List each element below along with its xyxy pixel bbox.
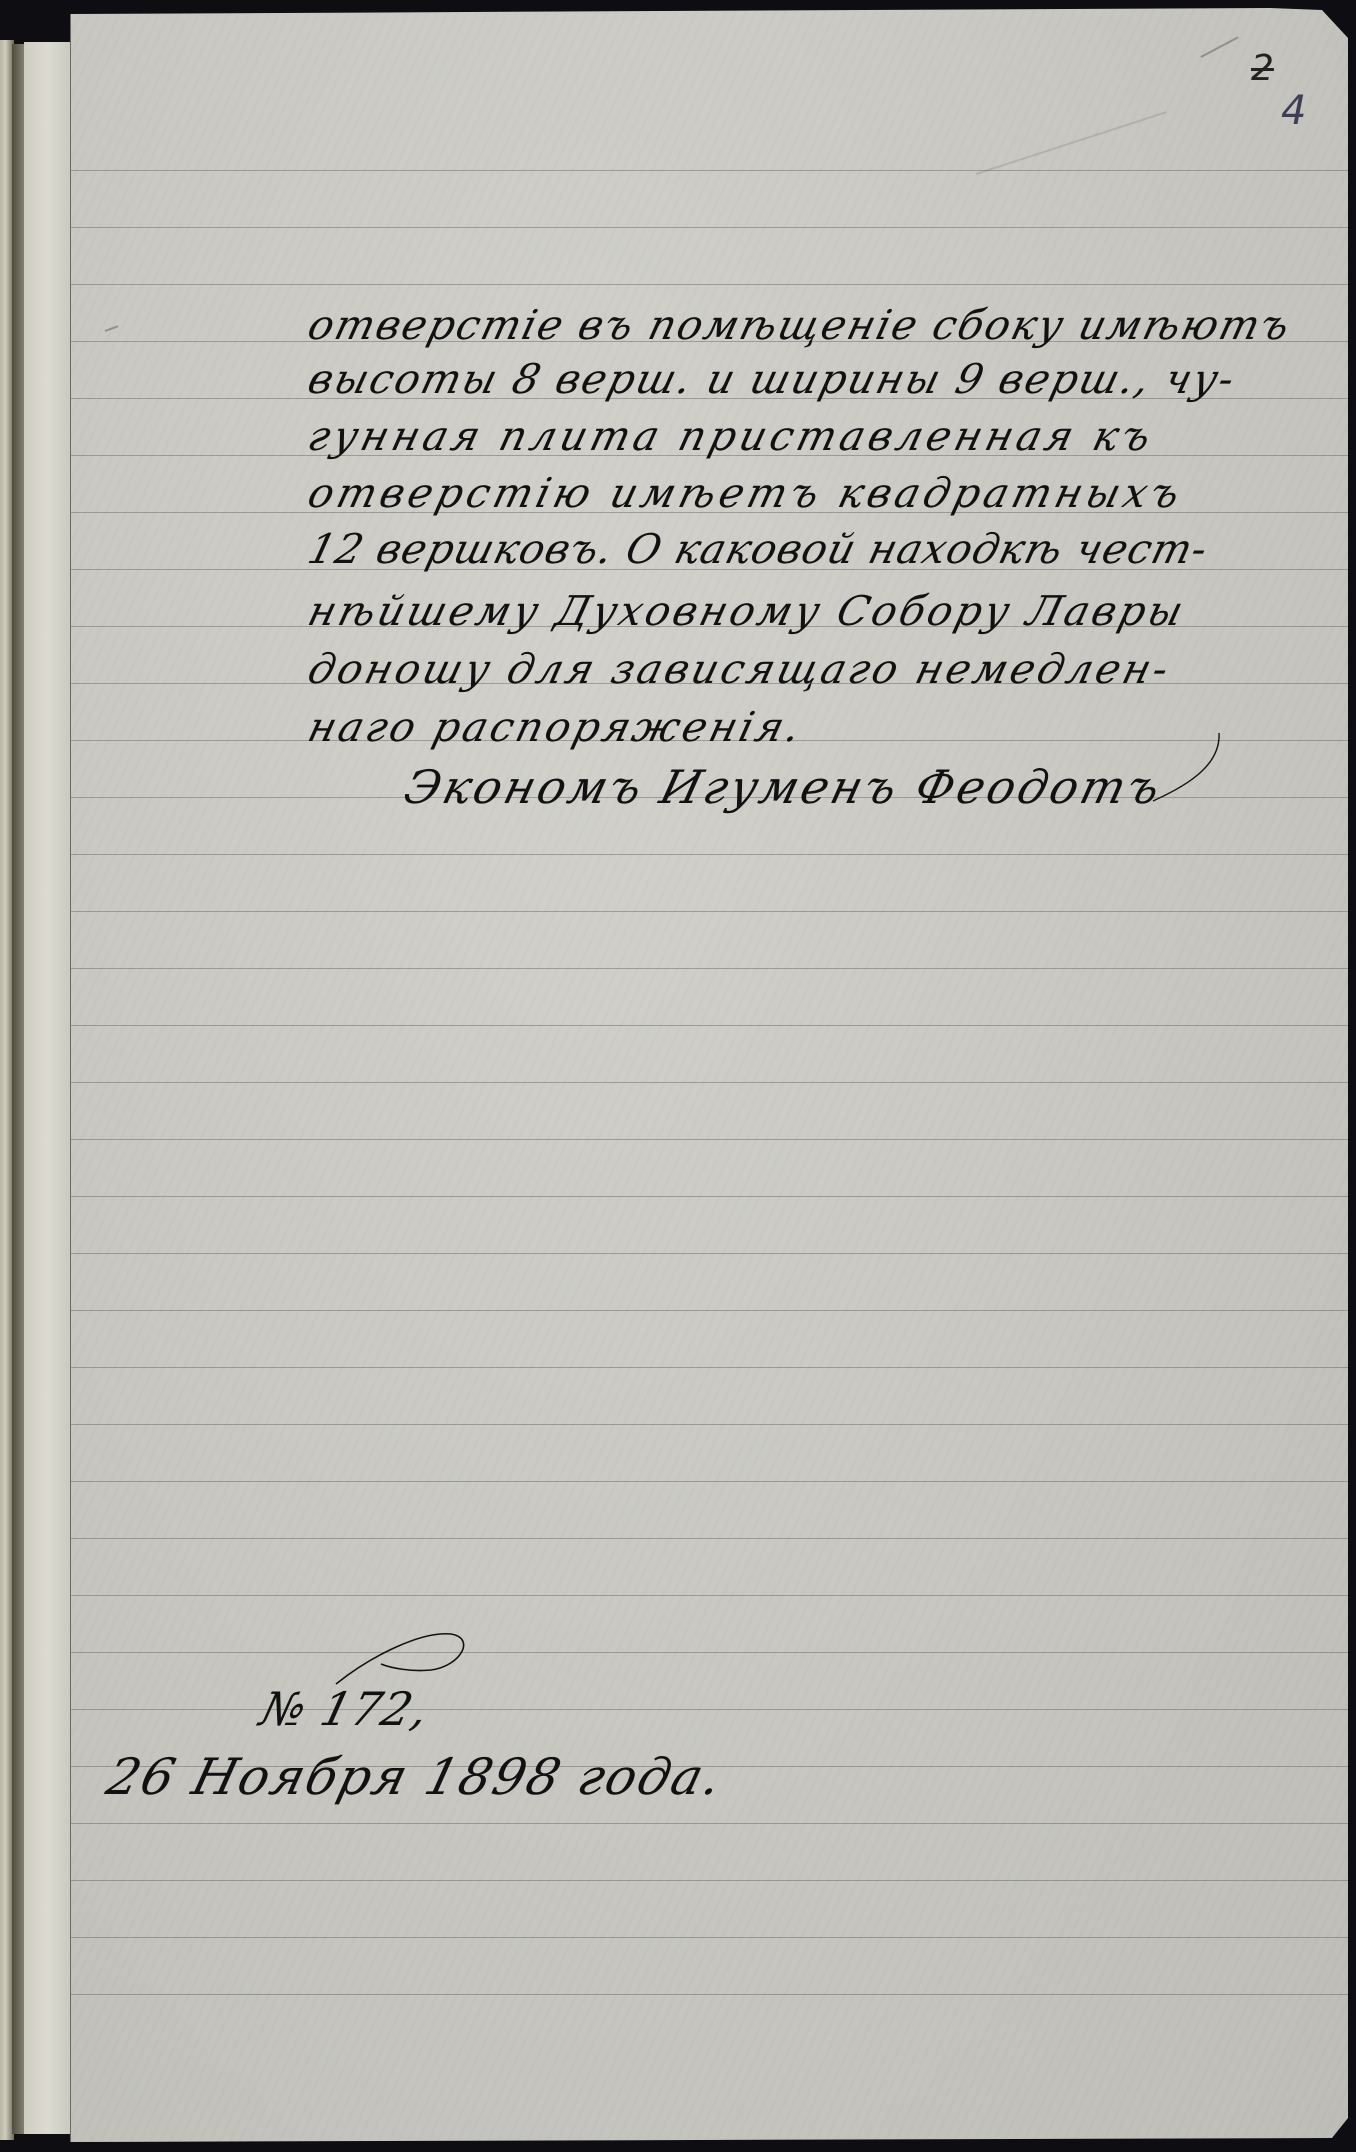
- ruled-line: [71, 1253, 1349, 1254]
- pencil-stroke: [1201, 36, 1239, 57]
- ruled-line: [71, 227, 1349, 228]
- ruled-line: [71, 1481, 1349, 1482]
- ruled-line: [71, 854, 1349, 855]
- ruled-line: [71, 284, 1349, 285]
- document-viewer: 2 4 отверстіе въ помѣщеніе сбоку имѣютъ …: [0, 0, 1356, 2152]
- ruled-line: [71, 1367, 1349, 1368]
- body-line: доношу для зависящаго немедлен-: [303, 644, 1177, 694]
- ruled-line: [71, 1310, 1349, 1311]
- ruled-line: [71, 1994, 1349, 1995]
- document-number: № 172,: [255, 1682, 435, 1736]
- folio-number-crossed: 2: [1251, 48, 1274, 89]
- ruled-line: [71, 911, 1349, 912]
- ruled-line: [71, 1196, 1349, 1197]
- folio-number: 4: [1281, 88, 1306, 134]
- ruled-line: [71, 1880, 1349, 1881]
- body-line: гунная плита приставленная къ: [303, 411, 1160, 461]
- ruled-line: [71, 1937, 1349, 1938]
- ruled-line: [71, 1538, 1349, 1539]
- number-flourish: [331, 1626, 471, 1686]
- document-page: 2 4 отверстіе въ помѣщеніе сбоку имѣютъ …: [70, 8, 1349, 2142]
- signature-flourish: [1151, 733, 1231, 803]
- ruled-line: [71, 1652, 1349, 1653]
- ruled-line: [71, 1139, 1349, 1140]
- binding-strip: [24, 42, 72, 2134]
- margin-tick: [105, 325, 119, 332]
- body-line: 12 вершковъ. О каковой находкѣ чест-: [303, 524, 1213, 574]
- pencil-stroke: [976, 111, 1167, 175]
- body-line: высоты 8 верш. и ширины 9 верш., чу-: [303, 354, 1241, 404]
- ruled-line: [71, 1025, 1349, 1026]
- ruled-line: [71, 1424, 1349, 1425]
- ruled-line: [71, 968, 1349, 969]
- ruled-line: [71, 1082, 1349, 1083]
- ruled-line: [71, 1823, 1349, 1824]
- ruled-line: [71, 170, 1349, 171]
- body-line: нѣйшему Духовному Собору Лавры: [303, 586, 1191, 636]
- ruled-line: [71, 1595, 1349, 1596]
- signature: Экономъ Игуменъ Феодотъ: [399, 760, 1168, 814]
- body-line: отверстію имѣетъ квадратныхъ: [303, 468, 1189, 518]
- body-line: наго распоряженія.: [303, 702, 809, 752]
- body-line: отверстіе въ помѣщеніе сбоку имѣютъ: [303, 300, 1297, 350]
- document-date: 26 Ноября 1898 года.: [101, 1748, 729, 1806]
